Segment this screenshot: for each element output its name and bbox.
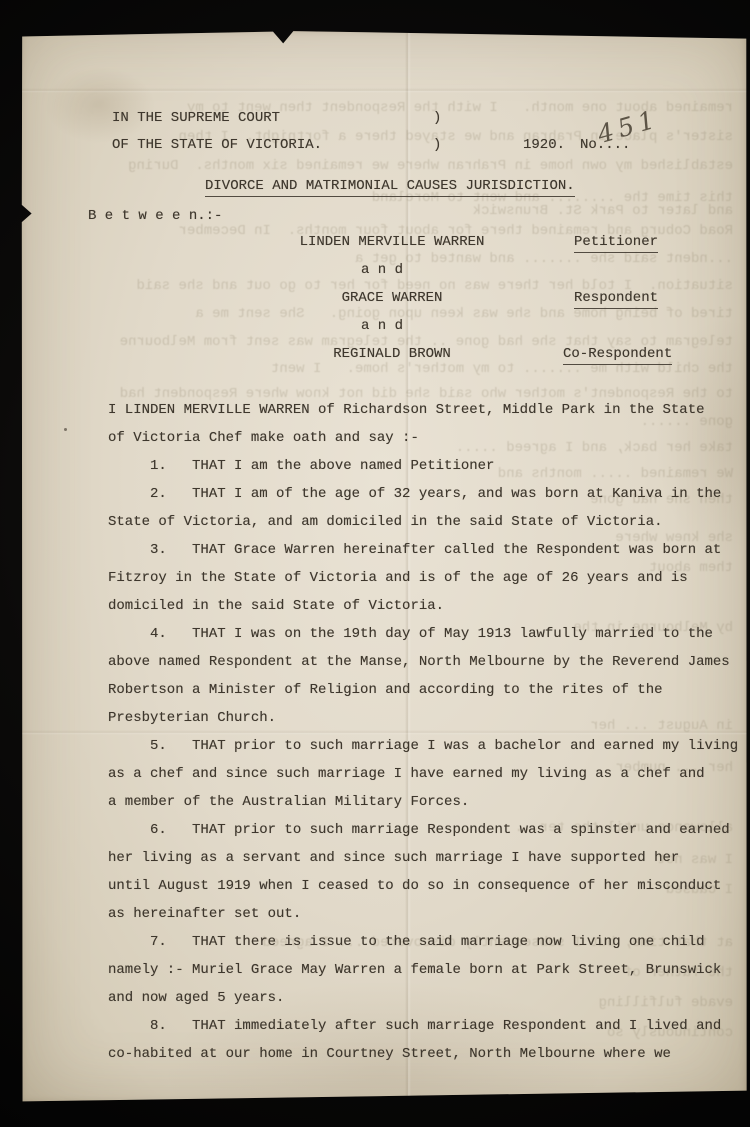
- affidavit-line: 6. THAT prior to such marriage Responden…: [108, 816, 750, 844]
- court-name-line-2: OF THE STATE OF VICTORIA.: [112, 137, 322, 153]
- affidavit-line: 3. THAT Grace Warren hereinafter called …: [108, 536, 750, 564]
- respondent-role-label: Respondent: [574, 290, 658, 309]
- petitioner-name: LINDEN MERVILLE WARREN: [300, 234, 485, 250]
- party-row-co-respondent: REGINALD BROWN Co-Respondent: [20, 346, 747, 370]
- affidavit-line: 7. THAT there is issue to the said marri…: [108, 928, 750, 956]
- document-page: remained about one month. I with the Res…: [20, 30, 747, 1103]
- affidavit-line: as hereinafter set out.: [108, 900, 750, 928]
- petitioner-role-label: Petitioner: [574, 234, 658, 253]
- affidavit-line: 4. THAT I was on the 19th day of May 191…: [108, 620, 750, 648]
- co-respondent-name: REGINALD BROWN: [333, 346, 451, 362]
- between-label: B e t w e e n.:-: [88, 208, 222, 224]
- typed-content-layer: IN THE SUPREME COURT ) OF THE STATE OF V…: [20, 30, 747, 1103]
- party-row-respondent: GRACE WARREN Respondent: [20, 290, 747, 314]
- affidavit-line: until August 1919 when I ceased to do so…: [108, 872, 750, 900]
- and-label: a n d: [361, 318, 403, 334]
- affidavit-line: 2. THAT I am of the age of 32 years, and…: [108, 480, 750, 508]
- case-year: 1920.: [523, 137, 565, 153]
- co-respondent-role-label: Co-Respondent: [563, 346, 672, 365]
- affidavit-line: co-habited at our home in Courtney Stree…: [108, 1040, 750, 1068]
- jurisdiction-heading: DIVORCE AND MATRIMONIAL CAUSES JURISDICT…: [205, 178, 575, 197]
- court-name-line-1: IN THE SUPREME COURT: [112, 110, 280, 126]
- affidavit-line: and now aged 5 years.: [108, 984, 750, 1012]
- affidavit-line: State of Victoria, and am domiciled in t…: [108, 508, 750, 536]
- affidavit-line: Presbyterian Church.: [108, 704, 750, 732]
- bracket: ): [433, 110, 441, 126]
- bracket: ): [433, 137, 441, 153]
- affidavit-line: I LINDEN MERVILLE WARREN of Richardson S…: [108, 396, 750, 424]
- and-label: a n d: [361, 262, 403, 278]
- party-row-petitioner: LINDEN MERVILLE WARREN Petitioner: [20, 234, 747, 258]
- affidavit-line: her living as a servant and since such m…: [108, 844, 750, 872]
- affidavit-body: I LINDEN MERVILLE WARREN of Richardson S…: [108, 396, 750, 1068]
- affidavit-line: 1. THAT I am the above named Petitioner: [108, 452, 750, 480]
- affidavit-line: 5. THAT prior to such marriage I was a b…: [108, 732, 750, 760]
- jurisdiction-heading-text: DIVORCE AND MATRIMONIAL CAUSES JURISDICT…: [205, 178, 575, 197]
- affidavit-line: domiciled in the said State of Victoria.: [108, 592, 750, 620]
- affidavit-line: Robertson a Minister of Religion and acc…: [108, 676, 750, 704]
- affidavit-line: Fitzroy in the State of Victoria and is …: [108, 564, 750, 592]
- affidavit-line: a member of the Australian Military Forc…: [108, 788, 750, 816]
- affidavit-line: namely :- Muriel Grace May Warren a fema…: [108, 956, 750, 984]
- co-respondent-role-text: Co-Respondent: [563, 346, 672, 365]
- affidavit-line: of Victoria Chef make oath and say :-: [108, 424, 750, 452]
- respondent-name: GRACE WARREN: [342, 290, 443, 306]
- petitioner-role-text: Petitioner: [574, 234, 658, 253]
- affidavit-line: 8. THAT immediately after such marriage …: [108, 1012, 750, 1040]
- conjunction-row: a n d: [20, 318, 747, 342]
- respondent-role-text: Respondent: [574, 290, 658, 309]
- photograph-background: { "colors": { "background": "#0b0a09", "…: [0, 0, 750, 1127]
- affidavit-line: as a chef and since such marriage I have…: [108, 760, 750, 788]
- conjunction-row: a n d: [20, 262, 747, 286]
- affidavit-line: above named Respondent at the Manse, Nor…: [108, 648, 750, 676]
